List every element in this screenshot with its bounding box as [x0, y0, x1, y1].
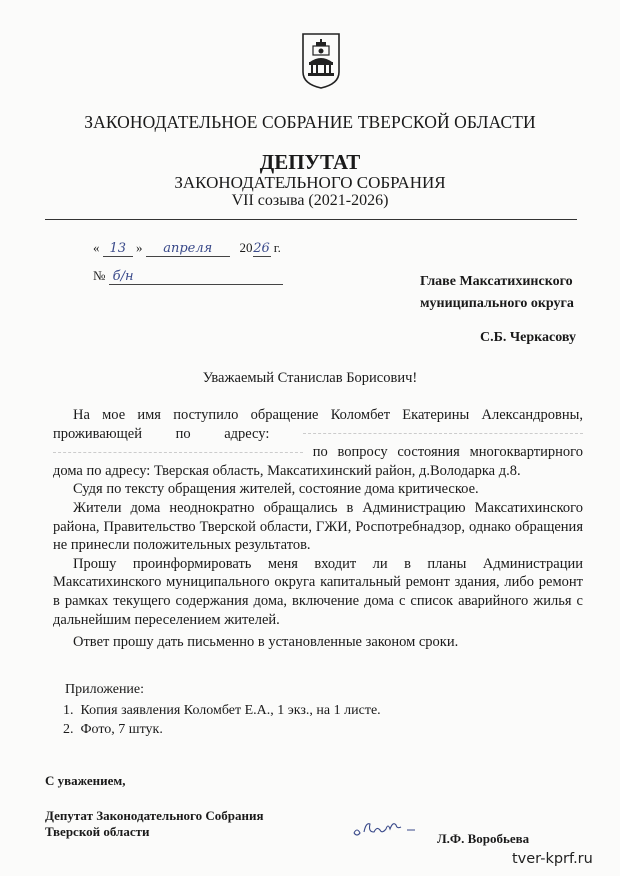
- year-prefix: 20: [240, 240, 253, 255]
- paragraph-1-start: На мое имя поступило обращение Коломбет …: [53, 407, 583, 442]
- paragraph-1: На мое имя поступило обращение Коломбет …: [53, 406, 583, 480]
- addressee-block: Главе Максатихинского муниципального окр…: [420, 271, 574, 315]
- number-label: №: [93, 268, 105, 283]
- attachments-label: Приложение:: [65, 680, 381, 699]
- handwritten-signature: [352, 818, 422, 844]
- attachments: Приложение: 1. Копия заявления Коломбет …: [65, 680, 381, 739]
- year-unit: г.: [274, 240, 281, 255]
- date-month: апреля: [146, 241, 230, 257]
- paragraph-5: Ответ прошу дать письменно в установленн…: [53, 633, 583, 652]
- year-suffix: 26: [253, 241, 271, 257]
- convocation: VII созыва (2021-2026): [0, 192, 620, 210]
- paragraph-4: Прошу проинформировать меня входит ли в …: [53, 555, 583, 629]
- number-line: № б/н: [93, 268, 283, 285]
- attachment-item: 1. Копия заявления Коломбет Е.А., 1 экз.…: [63, 701, 381, 720]
- deputy-title: ДЕПУТАТ: [0, 150, 620, 175]
- assembly-subtitle: ЗАКОНОДАТЕЛЬНОГО СОБРАНИЯ: [0, 173, 620, 193]
- paragraph-3: Жители дома неоднократно обращались в Ад…: [53, 499, 583, 555]
- position-line2: Тверской области: [45, 824, 264, 840]
- site-watermark: tver-kprf.ru: [512, 851, 593, 867]
- tver-coat-of-arms-icon: [301, 32, 341, 90]
- date-day: 13: [103, 241, 133, 257]
- redacted-address-cont: [53, 452, 303, 454]
- paragraph-1-end: по вопросу состояния многоквартирного до…: [53, 444, 583, 479]
- attachment-item: 2. Фото, 7 штук.: [63, 720, 381, 739]
- date-line: « 13 » апреля 2026 г.: [93, 240, 281, 257]
- redacted-address: [303, 433, 583, 435]
- addressee-name: С.Б. Черкасову: [480, 330, 576, 346]
- number-value: б/н: [109, 269, 283, 285]
- header-divider: [45, 219, 577, 220]
- signer-position: Депутат Законодательного Собрания Тверск…: [45, 808, 264, 840]
- letter-body: На мое имя поступило обращение Коломбет …: [53, 406, 583, 652]
- addressee-line2: муниципального округа: [420, 293, 574, 315]
- position-line1: Депутат Законодательного Собрания: [45, 808, 264, 824]
- greeting: Уважаемый Станислав Борисович!: [0, 370, 620, 387]
- close-quote: »: [136, 240, 143, 255]
- organization-name: ЗАКОНОДАТЕЛЬНОЕ СОБРАНИЕ ТВЕРСКОЙ ОБЛАСТ…: [0, 112, 620, 133]
- signer-name: Л.Ф. Воробьева: [437, 831, 529, 847]
- addressee-line1: Главе Максатихинского: [420, 271, 574, 293]
- paragraph-2: Судя по тексту обращения жителей, состоя…: [53, 480, 583, 499]
- closing-regards: С уважением,: [45, 773, 126, 789]
- open-quote: «: [93, 240, 100, 255]
